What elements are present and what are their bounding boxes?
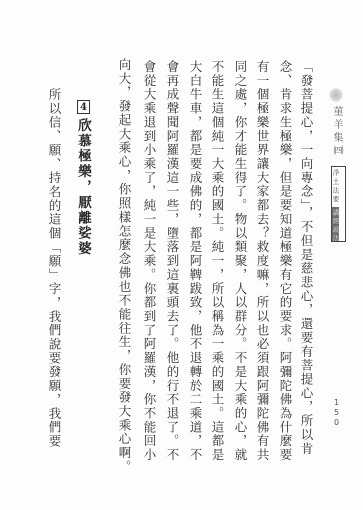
book-title: 菫羊集㈣ (330, 106, 342, 158)
lotus-ornament-icon (329, 88, 343, 102)
chapter-label-upper: 淨土法要 (332, 167, 339, 207)
text-column-6: 大白牛車，都是要成佛的，都是阿鞞跋致，他不退轉於二乘道，不 (188, 60, 202, 462)
text-column-7: 會再成聲聞阿羅漢這一些，墮落到這裏頭去了。他的行不退了。不 (165, 60, 179, 462)
page-number: 150 (332, 398, 340, 428)
chapter-label-lower: 講經說法 (332, 207, 339, 241)
section-number-box: 4 (77, 100, 90, 114)
chapter-label-box: 淨土法要 講經說法 (331, 166, 346, 242)
paragraph-start-column: 所以信、願、持名的這個「願」字，我們說要發願，我們要 (47, 88, 61, 448)
text-column-3: 有一個極樂世界讓大家都去？救度嘛，所以也必須跟阿彌陀佛有共 (255, 60, 269, 462)
text-column-2: 念、肯求生極樂，但是要知道極樂有它的要求。阿彌陀佛為什麼要 (278, 60, 292, 462)
text-column-9: 向大，發起大乘心，你照樣怎麼念佛也不能往生，你要發大乘心啊。 (117, 58, 131, 474)
text-column-4: 同之處，你才能生得了。物以類聚，人以群分。不是大乘的心，就 (233, 60, 247, 462)
section-title: 欣慕極樂，厭離娑婆 (75, 118, 91, 257)
text-column-8: 會從大乘退到小乘了，純一是大乘。你都到了阿羅漢，你不能回小 (142, 60, 156, 462)
section-heading: 4欣慕極樂，厭離娑婆 (75, 100, 90, 257)
text-column-5: 不能生這個純一大乘的國土。純一，所以稱為一乘的國土。這都是 (210, 60, 224, 462)
text-column-1: 「發菩提心，一向專念」，不但是慈悲心，還要有菩提心，所以肯 (299, 60, 313, 456)
book-page: 菫羊集㈣ 淨土法要 講經說法 150 「發菩提心，一向專念」，不但是慈悲心，還要… (0, 0, 363, 510)
